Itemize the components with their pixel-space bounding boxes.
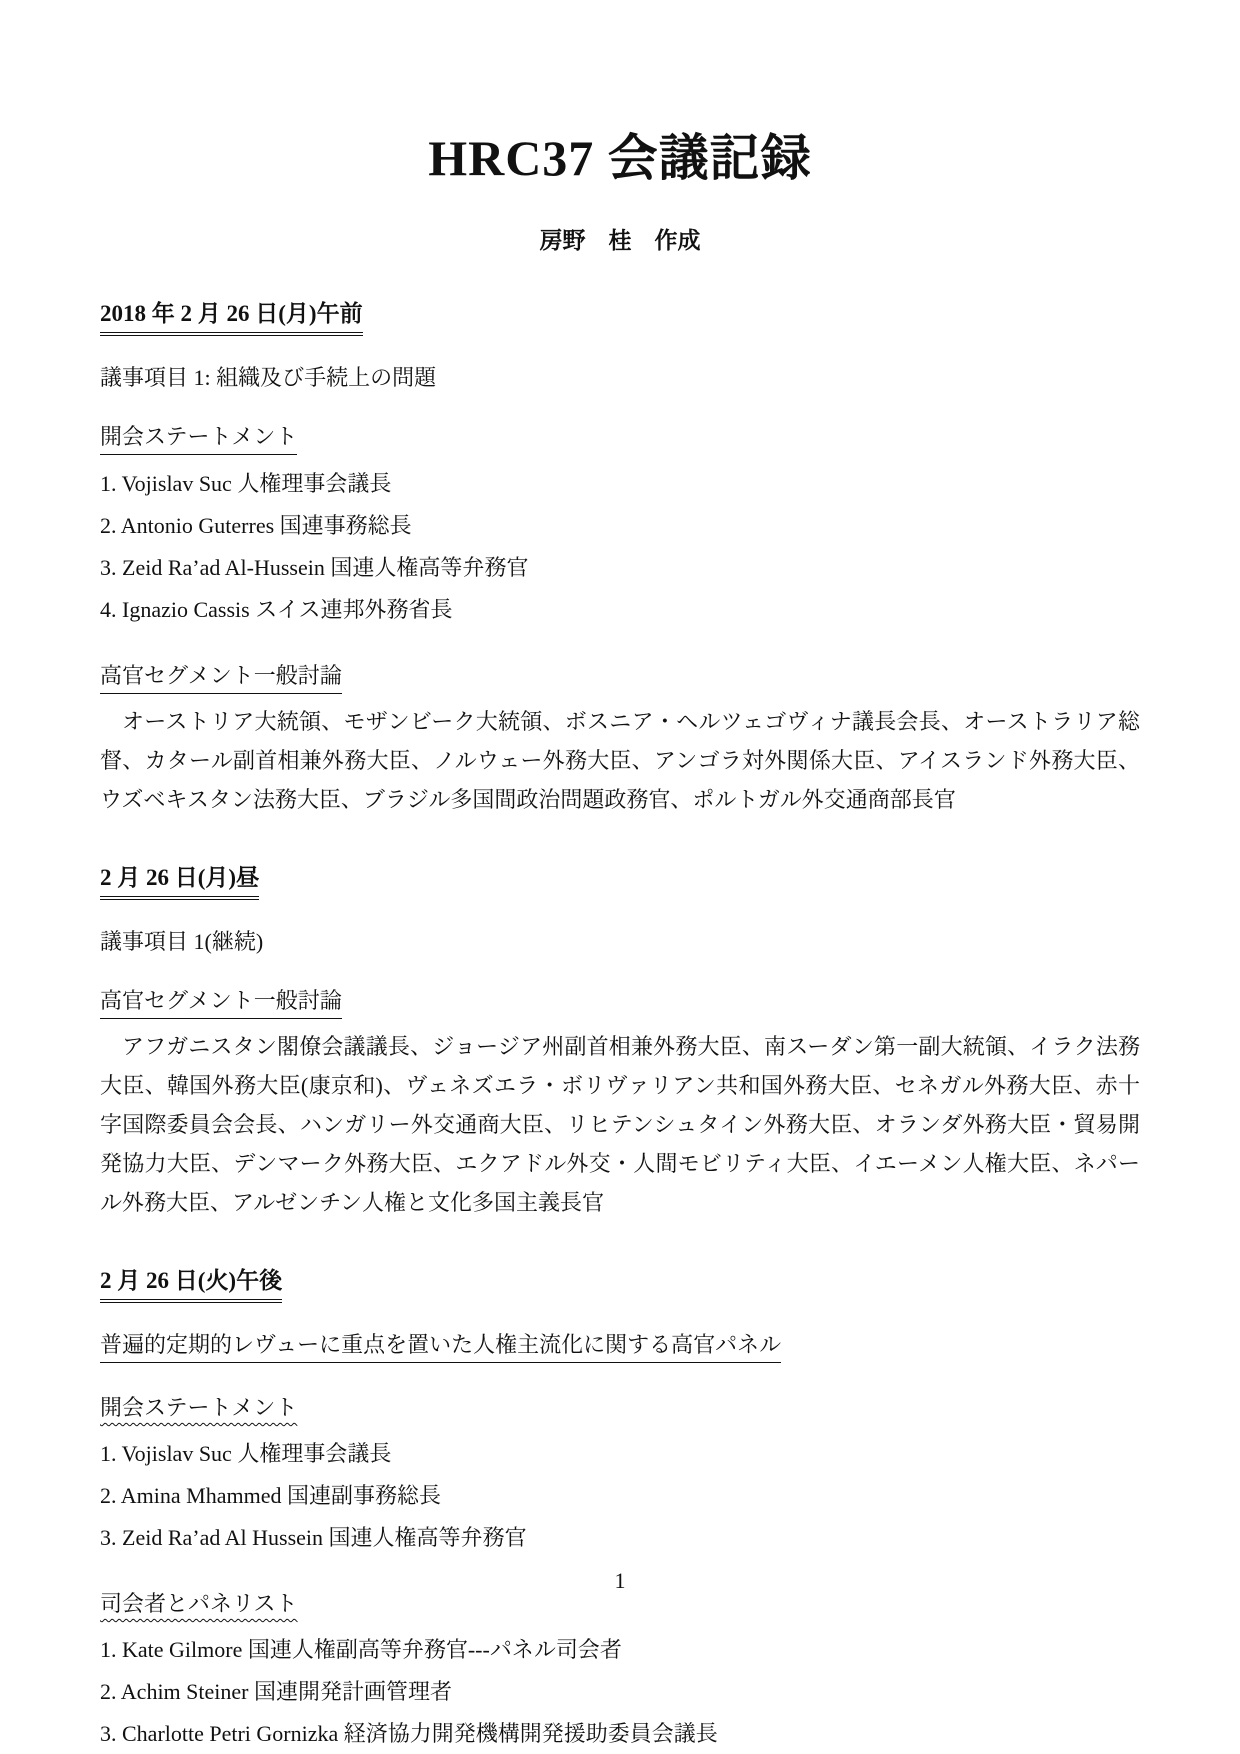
section-heading-text: 2 月 26 日(月)昼	[100, 859, 259, 897]
document-author: 房野 桂 作成	[100, 222, 1140, 255]
speaker-list: 1. Vojislav Suc 人権理事会議長 2. Antonio Guter…	[100, 463, 1140, 631]
section-heading-text: 2018 年 2 月 26 日(月)午前	[100, 295, 363, 333]
participants-paragraph: オーストリア大統領、モザンビーク大統領、ボスニア・ヘルツェゴヴィナ議長会長、オー…	[100, 702, 1140, 819]
list-item: 3. Zeid Ra’ad Al-Hussein 国連人権高等弁務官	[100, 547, 1140, 589]
panel-title-text: 普遍的定期的レヴューに重点を置いた人権主流化に関する高官パネル	[100, 1328, 781, 1363]
page-number: 1	[0, 1568, 1240, 1594]
list-item: 2. Antonio Guterres 国連事務総長	[100, 505, 1140, 547]
subsection-heading-opening-statements: 開会ステートメント	[100, 420, 1140, 455]
section-heading-morning: 2018 年 2 月 26 日(月)午前	[100, 295, 1140, 333]
list-item: 1. Vojislav Suc 人権理事会議長	[100, 463, 1140, 505]
subsection-heading-text: 高官セグメント一般討論	[100, 659, 342, 694]
panel-title: 普遍的定期的レヴューに重点を置いた人権主流化に関する高官パネル	[100, 1328, 1140, 1363]
speaker-list: 1. Vojislav Suc 人権理事会議長 2. Amina Mhammed…	[100, 1433, 1140, 1559]
document-title: HRC37 会議記録	[100, 0, 1140, 190]
subsection-heading-high-level-segment: 高官セグメント一般討論	[100, 659, 1140, 694]
document-page: HRC37 会議記録 房野 桂 作成 2018 年 2 月 26 日(月)午前 …	[0, 0, 1240, 1754]
list-item: 1. Vojislav Suc 人権理事会議長	[100, 1433, 1140, 1475]
participants-paragraph: アフガニスタン閣僚会議議長、ジョージア州副首相兼外務大臣、南スーダン第一副大統領…	[100, 1027, 1140, 1222]
list-item: 2. Amina Mhammed 国連副事務総長	[100, 1475, 1140, 1517]
subsection-heading-text: 高官セグメント一般討論	[100, 984, 342, 1019]
list-item: 2. Achim Steiner 国連開発計画管理者	[100, 1671, 1140, 1713]
list-item: 1. Kate Gilmore 国連人権副高等弁務官---パネル司会者	[100, 1629, 1140, 1671]
list-item: 3. Charlotte Petri Gornizka 経済協力開発機構開発援助…	[100, 1713, 1140, 1754]
subsection-heading-text: 開会ステートメント	[100, 420, 297, 455]
list-item: 3. Zeid Ra’ad Al Hussein 国連人権高等弁務官	[100, 1517, 1140, 1559]
subsection-heading-high-level-segment: 高官セグメント一般討論	[100, 984, 1140, 1019]
subsection-heading-text: 開会ステートメント	[100, 1391, 297, 1425]
section-heading-text: 2 月 26 日(火)午後	[100, 1262, 282, 1300]
agenda-item: 議事項目 1(継続)	[100, 925, 1140, 956]
section-heading-noon: 2 月 26 日(月)昼	[100, 859, 1140, 897]
section-heading-afternoon: 2 月 26 日(火)午後	[100, 1262, 1140, 1300]
subsection-heading-opening-statements: 開会ステートメント	[100, 1391, 1140, 1425]
panelist-list: 1. Kate Gilmore 国連人権副高等弁務官---パネル司会者 2. A…	[100, 1629, 1140, 1754]
agenda-item: 議事項目 1: 組織及び手続上の問題	[100, 361, 1140, 392]
list-item: 4. Ignazio Cassis スイス連邦外務省長	[100, 589, 1140, 631]
